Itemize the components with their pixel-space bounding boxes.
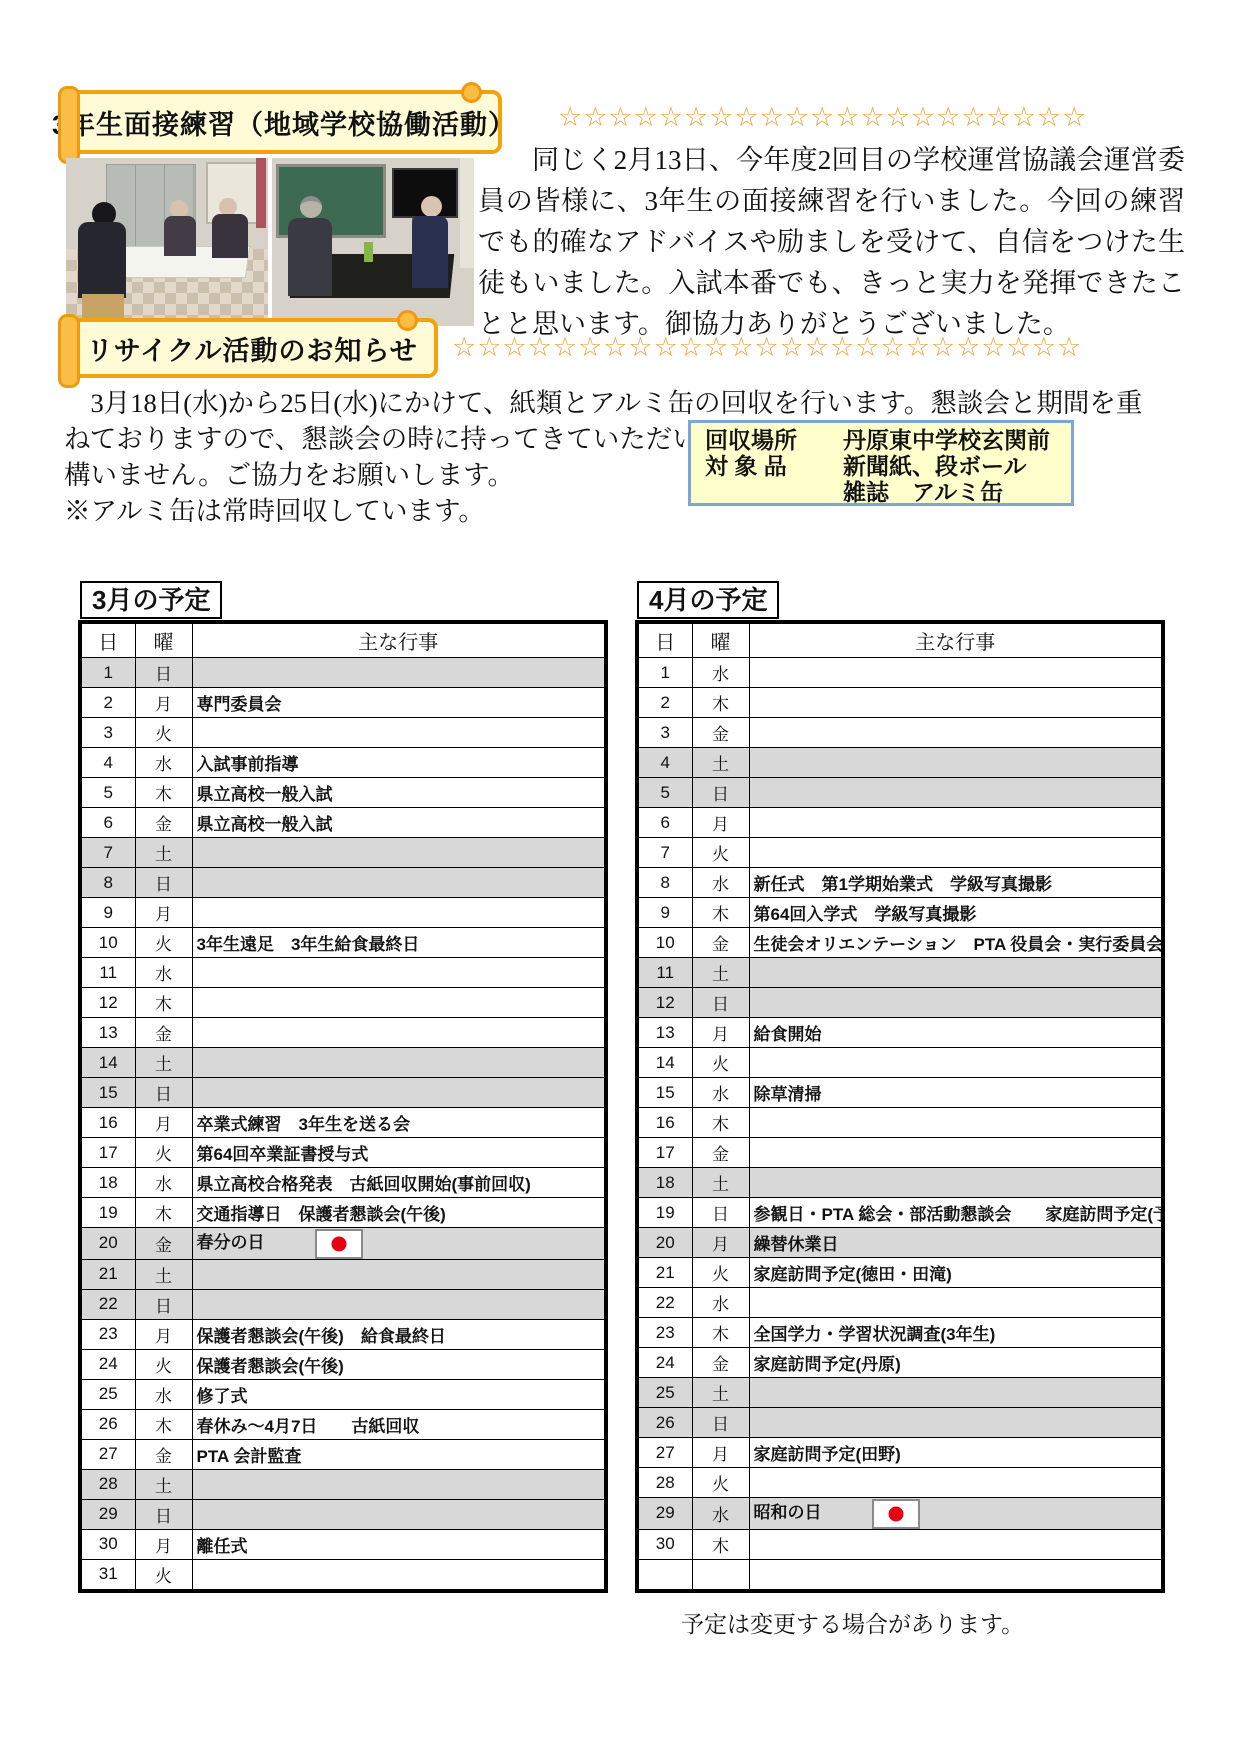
day-number-cell: 31: [80, 1559, 135, 1591]
column-header: 日: [80, 622, 135, 658]
event-cell: 県立高校一般入試: [192, 808, 606, 838]
column-header: 曜: [692, 622, 749, 658]
event-cell: 県立高校合格発表 古紙回収開始(事前回収): [192, 1168, 606, 1198]
weekday-cell: 火: [135, 718, 192, 748]
weekday-cell: 火: [135, 928, 192, 958]
event-cell: [192, 1018, 606, 1048]
day-number-cell: 10: [637, 928, 692, 958]
calendar-row: 18水県立高校合格発表 古紙回収開始(事前回収): [80, 1168, 606, 1198]
day-number-cell: 12: [80, 988, 135, 1018]
event-cell: 新任式 第1学期始業式 学級写真撮影: [749, 868, 1163, 898]
collection-place-row: 回収場所 丹原東中学校玄関前: [705, 427, 1063, 453]
event-cell: 家庭訪問予定(徳田・田滝): [749, 1258, 1163, 1288]
scroll-roll-decoration: [58, 314, 80, 388]
day-number-cell: 5: [637, 778, 692, 808]
calendar-row: 24火保護者懇談会(午後): [80, 1349, 606, 1379]
collection-info-box: 回収場所 丹原東中学校玄関前 対 象 品 新聞紙、段ボール 雑誌 アルミ缶: [688, 420, 1074, 506]
weekday-cell: 土: [135, 1259, 192, 1289]
day-number-cell: 22: [637, 1288, 692, 1318]
photo-interview-room: [66, 158, 268, 326]
weekday-cell: 月: [692, 1438, 749, 1468]
scroll-knob-decoration: [461, 82, 482, 103]
weekday-cell: 土: [692, 748, 749, 778]
day-number-cell: 15: [637, 1078, 692, 1108]
student-head: [421, 196, 442, 217]
weekday-cell: 水: [692, 658, 749, 688]
weekday-cell: 金: [135, 1018, 192, 1048]
day-number-cell: 25: [637, 1378, 692, 1408]
day-number-cell: 8: [637, 868, 692, 898]
event-cell: [749, 748, 1163, 778]
calendar-row: 16木: [637, 1108, 1163, 1138]
event-cell: 家庭訪問予定(田野): [749, 1438, 1163, 1468]
weekday-cell: 木: [692, 1108, 749, 1138]
window: [460, 158, 474, 268]
calendar-row: 29日: [80, 1499, 606, 1529]
calendar-row: 3火: [80, 718, 606, 748]
weekday-cell: 日: [692, 778, 749, 808]
calendar-row: 25土: [637, 1378, 1163, 1408]
weekday-cell: 月: [692, 1018, 749, 1048]
event-cell: 参観日・PTA 総会・部活動懇談会 家庭訪問予定(予備日): [749, 1198, 1163, 1228]
day-number-cell: 26: [80, 1409, 135, 1439]
event-cell: [749, 1168, 1163, 1198]
calendar-row: 17火第64回卒業証書授与式: [80, 1138, 606, 1168]
weekday-cell: 日: [135, 1499, 192, 1529]
calendar-row: 11土: [637, 958, 1163, 988]
student-back: [78, 222, 126, 298]
event-cell: [749, 988, 1163, 1018]
event-cell: 専門委員会: [192, 688, 606, 718]
weekday-cell: 木: [135, 778, 192, 808]
calendar-row: 13金: [80, 1018, 606, 1048]
event-cell: [192, 1559, 606, 1591]
calendar-row: 1日: [80, 658, 606, 688]
calendar-row: 23木全国学力・学習状況調査(3年生): [637, 1318, 1163, 1348]
tea-bottle: [364, 242, 373, 262]
calendar-row: 20金春分の日: [80, 1228, 606, 1260]
weekday-cell: 火: [692, 1048, 749, 1078]
day-number-cell: 11: [80, 958, 135, 988]
weekday-cell: 月: [135, 898, 192, 928]
scroll-roll-decoration: [58, 86, 80, 164]
event-cell: 生徒会オリエンテーション PTA 役員会・実行委員会: [749, 928, 1163, 958]
day-number-cell: 3: [80, 718, 135, 748]
day-number-cell: 23: [637, 1318, 692, 1348]
interview-paragraph: 同じく2月13日、今年度2回目の学校運営協議会運営委員の皆様に、3年生の面接練習…: [478, 140, 1185, 345]
day-number-cell: 28: [80, 1469, 135, 1499]
day-number-cell: 13: [80, 1018, 135, 1048]
calendar-row: 27金PTA 会計監査: [80, 1439, 606, 1469]
day-number-cell: 29: [637, 1498, 692, 1530]
weekday-cell: 木: [692, 688, 749, 718]
calendar-row: 12木: [80, 988, 606, 1018]
day-number-cell: 6: [637, 808, 692, 838]
calendar-row: 14土: [80, 1048, 606, 1078]
calendar-row: 24金家庭訪問予定(丹原): [637, 1348, 1163, 1378]
day-number-cell: 24: [80, 1349, 135, 1379]
event-cell: [192, 1289, 606, 1319]
event-cell: 保護者懇談会(午後): [192, 1349, 606, 1379]
event-cell: [749, 1288, 1163, 1318]
day-number-cell: 4: [637, 748, 692, 778]
event-cell: 繰替休業日: [749, 1228, 1163, 1258]
weekday-cell: [692, 1559, 749, 1591]
day-number-cell: 29: [80, 1499, 135, 1529]
weekday-cell: 月: [135, 1529, 192, 1559]
calendar-row: 22日: [80, 1289, 606, 1319]
calendar-row: 8水新任式 第1学期始業式 学級写真撮影: [637, 868, 1163, 898]
weekday-cell: 日: [135, 1078, 192, 1108]
event-cell: [749, 808, 1163, 838]
calendar-row: 19日参観日・PTA 総会・部活動懇談会 家庭訪問予定(予備日): [637, 1198, 1163, 1228]
day-number-cell: 14: [80, 1048, 135, 1078]
flag-red-circle: [888, 1506, 903, 1521]
weekday-cell: 日: [135, 1289, 192, 1319]
scroll-knob-decoration: [397, 310, 418, 331]
collection-items-row2: 雑誌 アルミ缶: [705, 479, 1063, 505]
weekday-cell: 水: [135, 1379, 192, 1409]
section-title-recycle: リサイクル活動のお知らせ: [86, 329, 417, 368]
event-cell: [749, 1378, 1163, 1408]
day-number-cell: 1: [637, 658, 692, 688]
day-number-cell: [637, 1559, 692, 1591]
day-number-cell: 30: [637, 1529, 692, 1559]
weekday-cell: 土: [135, 838, 192, 868]
weekday-cell: 月: [692, 808, 749, 838]
calendar-row: 12日: [637, 988, 1163, 1018]
day-number-cell: 3: [637, 718, 692, 748]
event-cell: 入試事前指導: [192, 748, 606, 778]
day-number-cell: 18: [80, 1168, 135, 1198]
calendar-header-row: 日曜主な行事: [80, 622, 606, 658]
weekday-cell: 火: [135, 1138, 192, 1168]
event-cell: [749, 838, 1163, 868]
calendar-row: 1水: [637, 658, 1163, 688]
weekday-cell: 金: [135, 1439, 192, 1469]
weekday-cell: 木: [135, 1198, 192, 1228]
day-number-cell: 7: [80, 838, 135, 868]
event-cell: 給食開始: [749, 1018, 1163, 1048]
calendar-row: 5日: [637, 778, 1163, 808]
day-number-cell: 17: [80, 1138, 135, 1168]
weekday-cell: 月: [692, 1228, 749, 1258]
weekday-cell: 水: [135, 958, 192, 988]
event-cell: PTA 会計監査: [192, 1439, 606, 1469]
event-cell: [192, 658, 606, 688]
event-cell: 保護者懇談会(午後) 給食最終日: [192, 1319, 606, 1349]
event-cell: 県立高校一般入試: [192, 778, 606, 808]
event-cell: 卒業式練習 3年生を送る会: [192, 1108, 606, 1138]
day-number-cell: 18: [637, 1168, 692, 1198]
column-header: 主な行事: [192, 622, 606, 658]
calendar-row: 29水昭和の日: [637, 1498, 1163, 1530]
event-cell: [192, 958, 606, 988]
calendar-row: 19木交通指導日 保護者懇談会(午後): [80, 1198, 606, 1228]
weekday-cell: 水: [692, 1078, 749, 1108]
calendar-row: 16月卒業式練習 3年生を送る会: [80, 1108, 606, 1138]
flag-red-circle: [331, 1236, 346, 1251]
calendar-row: 21土: [80, 1259, 606, 1289]
calendar-row: 30月離任式: [80, 1529, 606, 1559]
weekday-cell: 火: [135, 1559, 192, 1591]
weekday-cell: 木: [135, 988, 192, 1018]
section-banner-interview: 3年生面接練習（地域学校協働活動）: [66, 90, 502, 154]
calendar-row: 10火3年生遠足 3年生給食最終日: [80, 928, 606, 958]
day-number-cell: 21: [80, 1259, 135, 1289]
calendar-row: 23月保護者懇談会(午後) 給食最終日: [80, 1319, 606, 1349]
weekday-cell: 木: [692, 1529, 749, 1559]
calendar-row: 17金: [637, 1138, 1163, 1168]
event-cell: [192, 988, 606, 1018]
calendar-row: 31火: [80, 1559, 606, 1591]
day-number-cell: 9: [80, 898, 135, 928]
event-cell: [749, 958, 1163, 988]
calendar-row: 13月給食開始: [637, 1018, 1163, 1048]
event-cell: [192, 1469, 606, 1499]
event-cell: 交通指導日 保護者懇談会(午後): [192, 1198, 606, 1228]
collection-place-label: 回収場所: [705, 427, 827, 453]
day-number-cell: 20: [637, 1228, 692, 1258]
calendar-row: 6月: [637, 808, 1163, 838]
event-cell: 3年生遠足 3年生給食最終日: [192, 928, 606, 958]
weekday-cell: 火: [135, 1349, 192, 1379]
calendar-row: 5木県立高校一般入試: [80, 778, 606, 808]
weekday-cell: 火: [692, 1468, 749, 1498]
day-number-cell: 20: [80, 1228, 135, 1260]
weekday-cell: 金: [692, 928, 749, 958]
day-number-cell: 25: [80, 1379, 135, 1409]
calendar-row: 21火家庭訪問予定(徳田・田滝): [637, 1258, 1163, 1288]
day-number-cell: 30: [80, 1529, 135, 1559]
day-number-cell: 26: [637, 1408, 692, 1438]
calendar-row: 2月専門委員会: [80, 688, 606, 718]
weekday-cell: 火: [692, 838, 749, 868]
interviewer-1: [164, 216, 196, 256]
interviewer-2: [212, 214, 248, 258]
weekday-cell: 月: [135, 1319, 192, 1349]
photo-strip: [66, 158, 474, 326]
event-cell: [749, 658, 1163, 688]
weekday-cell: 日: [692, 1408, 749, 1438]
calendar-row: 25水修了式: [80, 1379, 606, 1409]
collection-items-value2: 雑誌 アルミ缶: [843, 479, 1003, 505]
day-number-cell: 16: [80, 1108, 135, 1138]
calendar-row: 4水入試事前指導: [80, 748, 606, 778]
april-calendar-table: 日曜主な行事1水2木3金4土5日6月7火8水新任式 第1学期始業式 学級写真撮影…: [635, 620, 1165, 1593]
event-cell: [749, 688, 1163, 718]
event-cell: 家庭訪問予定(丹原): [749, 1348, 1163, 1378]
day-number-cell: 19: [80, 1198, 135, 1228]
event-cell: [192, 1048, 606, 1078]
day-number-cell: 27: [637, 1438, 692, 1468]
calendar-row: 30木: [637, 1529, 1163, 1559]
event-cell: [749, 1138, 1163, 1168]
weekday-cell: 土: [135, 1048, 192, 1078]
day-number-cell: 8: [80, 868, 135, 898]
day-number-cell: 2: [637, 688, 692, 718]
event-cell: 春分の日: [192, 1228, 606, 1260]
weekday-cell: 月: [135, 1108, 192, 1138]
column-header: 曜: [135, 622, 192, 658]
calendar-row: 28火: [637, 1468, 1163, 1498]
day-number-cell: 17: [637, 1138, 692, 1168]
calendar-row: [637, 1559, 1163, 1591]
weekday-cell: 金: [692, 1348, 749, 1378]
section-title-interview: 3年生面接練習（地域学校協働活動）: [52, 103, 516, 142]
weekday-cell: 日: [692, 1198, 749, 1228]
day-number-cell: 10: [80, 928, 135, 958]
star-divider-top: ☆☆☆☆☆☆☆☆☆☆☆☆☆☆☆☆☆☆☆☆☆: [558, 102, 1087, 133]
weekday-cell: 水: [692, 1498, 749, 1530]
photo-classroom: [272, 158, 474, 326]
weekday-cell: 土: [692, 958, 749, 988]
event-cell: 全国学力・学習状況調査(3年生): [749, 1318, 1163, 1348]
collection-items-row: 対 象 品 新聞紙、段ボール: [705, 453, 1063, 479]
calendar-row: 18土: [637, 1168, 1163, 1198]
calendar-row: 9木第64回入学式 学級写真撮影: [637, 898, 1163, 928]
calendar-row: 9月: [80, 898, 606, 928]
calendar-row: 27月家庭訪問予定(田野): [637, 1438, 1163, 1468]
weekday-cell: 金: [692, 718, 749, 748]
day-number-cell: 13: [637, 1018, 692, 1048]
weekday-cell: 水: [692, 1288, 749, 1318]
weekday-cell: 木: [692, 898, 749, 928]
weekday-cell: 木: [135, 1409, 192, 1439]
calendar-row: 20月繰替休業日: [637, 1228, 1163, 1258]
weekday-cell: 土: [692, 1378, 749, 1408]
japan-flag-icon: [315, 1229, 363, 1259]
calendar-row: 28土: [80, 1469, 606, 1499]
event-cell: [749, 1048, 1163, 1078]
day-number-cell: 1: [80, 658, 135, 688]
calendar-row: 22水: [637, 1288, 1163, 1318]
event-cell: [749, 1108, 1163, 1138]
calendar-header-row: 日曜主な行事: [637, 622, 1163, 658]
day-number-cell: 15: [80, 1078, 135, 1108]
event-cell: 除草清掃: [749, 1078, 1163, 1108]
calendar-row: 15日: [80, 1078, 606, 1108]
event-cell: [192, 898, 606, 928]
calendar-row: 3金: [637, 718, 1163, 748]
weekday-cell: 土: [692, 1168, 749, 1198]
day-number-cell: 11: [637, 958, 692, 988]
weekday-cell: 水: [692, 868, 749, 898]
weekday-cell: 日: [692, 988, 749, 1018]
calendar-row: 11水: [80, 958, 606, 988]
calendar-row: 7土: [80, 838, 606, 868]
calendar-row: 7火: [637, 838, 1163, 868]
weekday-cell: 月: [135, 688, 192, 718]
student: [412, 216, 448, 288]
day-number-cell: 7: [637, 838, 692, 868]
calendar-row: 4土: [637, 748, 1163, 778]
calendar-row: 26木春休み～4月7日 古紙回収: [80, 1409, 606, 1439]
event-cell: [192, 838, 606, 868]
weekday-cell: 火: [692, 1258, 749, 1288]
collection-items-label2: [705, 479, 827, 505]
weekday-cell: 水: [135, 748, 192, 778]
star-divider-middle: ☆☆☆☆☆☆☆☆☆☆☆☆☆☆☆☆☆☆☆☆☆☆☆☆☆: [452, 332, 1082, 363]
event-cell: 離任式: [192, 1529, 606, 1559]
event-cell: [192, 1259, 606, 1289]
weekday-cell: 木: [692, 1318, 749, 1348]
event-cell: [749, 778, 1163, 808]
japan-flag-icon: [872, 1499, 920, 1529]
collection-place-value: 丹原東中学校玄関前: [843, 427, 1050, 453]
day-number-cell: 27: [80, 1439, 135, 1469]
day-number-cell: 16: [637, 1108, 692, 1138]
event-cell: 第64回入学式 学級写真撮影: [749, 898, 1163, 928]
event-cell: [192, 1499, 606, 1529]
day-number-cell: 12: [637, 988, 692, 1018]
calendar-row: 6金県立高校一般入試: [80, 808, 606, 838]
weekday-cell: 金: [692, 1138, 749, 1168]
day-number-cell: 14: [637, 1048, 692, 1078]
calendar-row: 26日: [637, 1408, 1163, 1438]
column-header: 主な行事: [749, 622, 1163, 658]
day-number-cell: 6: [80, 808, 135, 838]
collection-items-value: 新聞紙、段ボール: [843, 453, 1027, 479]
day-number-cell: 22: [80, 1289, 135, 1319]
day-number-cell: 23: [80, 1319, 135, 1349]
day-number-cell: 5: [80, 778, 135, 808]
calendar-row: 10金生徒会オリエンテーション PTA 役員会・実行委員会: [637, 928, 1163, 958]
day-number-cell: 9: [637, 898, 692, 928]
calendar-row: 15水除草清掃: [637, 1078, 1163, 1108]
collection-items-label: 対 象 品: [705, 453, 827, 479]
weekday-cell: 金: [135, 808, 192, 838]
section-banner-recycle: リサイクル活動のお知らせ: [66, 318, 438, 378]
april-calendar-title: 4月の予定: [637, 581, 779, 619]
event-cell: [749, 1529, 1163, 1559]
event-cell: [192, 1078, 606, 1108]
day-number-cell: 21: [637, 1258, 692, 1288]
event-cell: 修了式: [192, 1379, 606, 1409]
weekday-cell: 日: [135, 868, 192, 898]
weekday-cell: 水: [135, 1168, 192, 1198]
schedule-disclaimer: 予定は変更する場合があります。: [681, 1606, 1024, 1639]
column-header: 日: [637, 622, 692, 658]
weekday-cell: 金: [135, 1228, 192, 1260]
day-number-cell: 4: [80, 748, 135, 778]
weekday-cell: 土: [135, 1469, 192, 1499]
event-cell: [192, 718, 606, 748]
interviewer-head: [300, 196, 322, 218]
calendar-row: 14火: [637, 1048, 1163, 1078]
interviewer: [288, 218, 332, 296]
red-curtain: [256, 158, 266, 228]
event-cell: [749, 718, 1163, 748]
calendar-row: 2木: [637, 688, 1163, 718]
event-cell: 第64回卒業証書授与式: [192, 1138, 606, 1168]
day-number-cell: 24: [637, 1348, 692, 1378]
weekday-cell: 日: [135, 658, 192, 688]
calendar-row: 8日: [80, 868, 606, 898]
event-cell: [749, 1408, 1163, 1438]
recycle-line-1: 3月18日(水)から25日(水)にかけて、紙類とアルミ缶の回収を行います。懇談会…: [64, 385, 1189, 421]
march-calendar-title: 3月の予定: [80, 581, 222, 619]
event-cell: [749, 1468, 1163, 1498]
event-cell: [749, 1559, 1163, 1591]
event-cell: 昭和の日: [749, 1498, 1163, 1530]
day-number-cell: 2: [80, 688, 135, 718]
event-cell: [192, 868, 606, 898]
march-calendar-table: 日曜主な行事1日2月専門委員会3火4水入試事前指導5木県立高校一般入試6金県立高…: [78, 620, 608, 1593]
day-number-cell: 28: [637, 1468, 692, 1498]
event-cell: 春休み～4月7日 古紙回収: [192, 1409, 606, 1439]
newsletter-page: 3年生面接練習（地域学校協働活動） ☆☆☆☆☆☆☆☆☆☆☆☆☆☆☆☆☆☆☆☆☆: [0, 0, 1241, 1755]
